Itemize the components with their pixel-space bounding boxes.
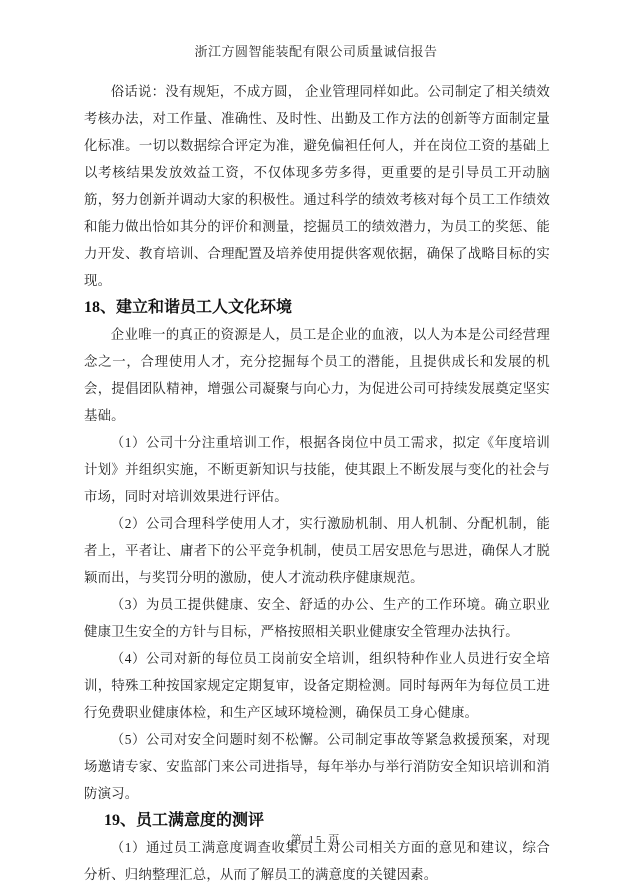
document-body: 俗话说：没有规矩，不成方圆， 企业管理同样如此。公司制定了相关绩效考核办法，对工… <box>84 78 550 888</box>
section-18-paragraph: （1）公司十分注重培训工作，根据各岗位中员工需求，拟定《年度培训计划》并组织实施… <box>84 429 550 510</box>
section-18-paragraph: （5）公司对安全问题时刻不松懈。公司制定事故等紧急救援预案，对现场邀请专家、安监… <box>84 726 550 807</box>
section-18-paragraph: 企业唯一的真正的资源是人，员工是企业的血液，以人为本是公司经营理念之一，合理使用… <box>84 321 550 429</box>
section-18-heading: 18、建立和谐员工人文化环境 <box>84 294 550 321</box>
page-number-footer: 第 15 页 <box>0 831 632 847</box>
document-header-title: 浙江方圆智能装配有限公司质量诚信报告 <box>0 41 632 60</box>
section-18-paragraph: （3）为员工提供健康、安全、舒适的办公、生产的工作环境。确立职业健康卫生安全的方… <box>84 591 550 645</box>
document-page: 浙江方圆智能装配有限公司质量诚信报告 俗话说：没有规矩，不成方圆， 企业管理同样… <box>0 0 632 893</box>
intro-paragraph: 俗话说：没有规矩，不成方圆， 企业管理同样如此。公司制定了相关绩效考核办法，对工… <box>84 78 550 294</box>
section-18-paragraph: （2）公司合理科学使用人才，实行激励机制、用人机制、分配机制，能者上，平者让、庸… <box>84 510 550 591</box>
section-19-heading: 19、员工满意度的测评 <box>84 807 550 834</box>
section-18-paragraph: （4）公司对新的每位员工岗前安全培训，组织特种作业人员进行安全培训，特殊工种按国… <box>84 645 550 726</box>
